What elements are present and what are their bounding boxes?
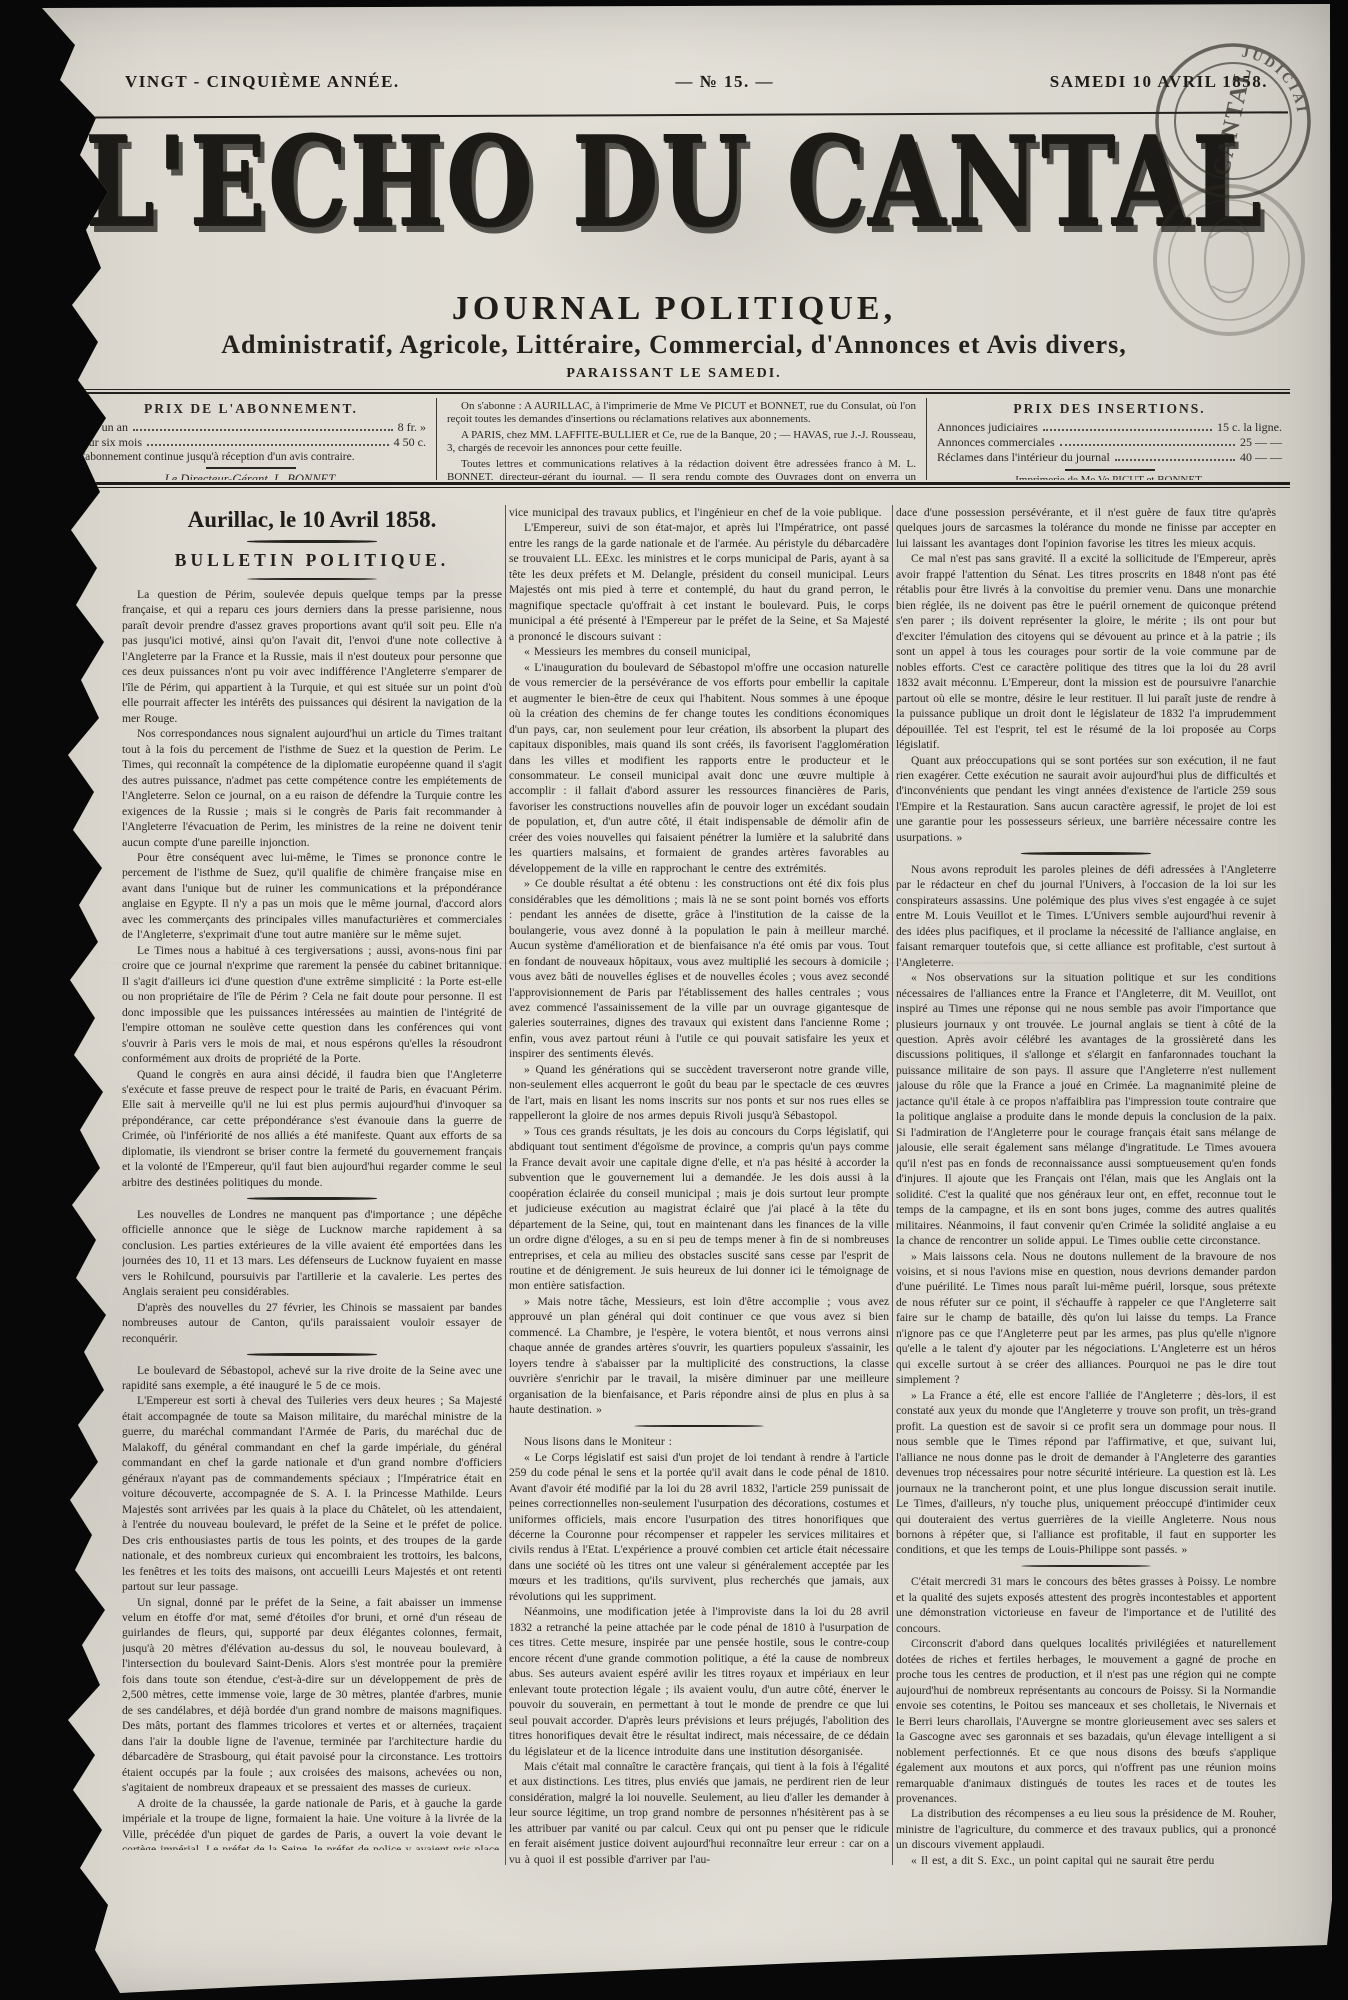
subscription-title: PRIX DE L'ABONNEMENT. xyxy=(76,401,426,417)
dot-leader xyxy=(147,444,389,446)
paragraph: Mais c'était mal connaître le caractère … xyxy=(509,1759,889,1867)
newspaper-page: VINGT - CINQUIÈME ANNÉE. — № 15. — SAMED… xyxy=(0,0,1348,2000)
rate-value: 8 fr. » xyxy=(398,420,426,435)
paragraph: » Ce double résultat a été obtenu : les … xyxy=(509,876,889,1062)
office-paragraph: A PARIS, chez MM. LAFFITE-BULLIER et Ce,… xyxy=(447,429,916,456)
paragraph: Les nouvelles de Londres ne manquent pas… xyxy=(122,1207,502,1300)
column-rule xyxy=(505,505,506,1865)
paragraph: Le boulevard de Sébastopol, achevé sur l… xyxy=(122,1363,502,1394)
separator-rule xyxy=(247,578,377,581)
paragraph: Néanmoins, une modification jetée à l'im… xyxy=(509,1604,889,1759)
rate-value: 4 50 c. xyxy=(394,435,426,450)
stamp-center-text: CANTAL xyxy=(1209,64,1258,179)
offices-box: On s'abonne : A AURILLAC, à l'imprimerie… xyxy=(439,398,924,480)
mini-rule xyxy=(1065,469,1155,471)
header-row: VINGT - CINQUIÈME ANNÉE. — № 15. — SAMED… xyxy=(125,72,1268,92)
vertical-separator xyxy=(926,398,927,480)
rate-line: Pour un an8 fr. » xyxy=(76,420,426,435)
subscription-note: L'abonnement continue jusqu'à réception … xyxy=(76,451,426,463)
rate-label: Réclames dans l'intérieur du journal xyxy=(937,450,1110,465)
edition-year: VINGT - CINQUIÈME ANNÉE. xyxy=(125,72,400,92)
embossed-stamp-icon xyxy=(1140,178,1318,343)
paragraph: » Quand les générations qui se succèdent… xyxy=(509,1062,889,1124)
paragraph: Quand le congrès en aura ainsi décidé, i… xyxy=(122,1067,502,1191)
article-columns: Aurillac, le 10 Avril 1858.BULLETIN POLI… xyxy=(122,505,1284,1965)
separator-rule xyxy=(1021,852,1151,855)
paragraph: A droite de la chaussée, la garde nation… xyxy=(122,1796,502,1850)
scan-background: { "masthead": { "annee": "VINGT - CINQUI… xyxy=(0,0,1348,2000)
rate-label: Pour six mois xyxy=(76,435,142,450)
paragraph: Un signal, donné par le préfet de la Sei… xyxy=(122,1595,502,1796)
paragraph: » Mais notre tâche, Messieurs, est loin … xyxy=(509,1294,889,1418)
rate-value: 40 — — xyxy=(1240,450,1282,465)
subtitle-parution: PARAISSANT LE SAMEDI. xyxy=(0,366,1348,382)
paragraph: » Mais laissons cela. Nous ne doutons nu… xyxy=(896,1249,1276,1388)
column-3: dace d'une possession persévérante, et i… xyxy=(896,505,1276,1870)
insertion-rates: Annonces judiciaires15 c. la ligne.Annon… xyxy=(937,420,1282,465)
double-rule-top xyxy=(68,389,1290,394)
paragraph: Nous lisons dans le Moniteur : xyxy=(509,1434,889,1449)
rate-line: Pour six mois4 50 c. xyxy=(76,435,426,450)
paragraph: Ce mal n'est pas sans gravité. Il a exci… xyxy=(896,551,1276,752)
paragraph: Nous avons reproduit les paroles pleines… xyxy=(896,862,1276,970)
paragraph: Circonscrit d'abord dans quelques locali… xyxy=(896,1636,1276,1806)
mini-rule xyxy=(206,467,296,469)
paragraph: » La France a été, elle est encore l'all… xyxy=(896,1388,1276,1558)
section-heading: BULLETIN POLITIQUE. xyxy=(122,550,502,571)
vertical-separator xyxy=(436,398,437,480)
printer-credit: Imprimerie de Me Ve PICUT et BONNET. xyxy=(937,474,1282,481)
paragraph: Le Times nous a habitué à ces tergiversa… xyxy=(122,943,502,1067)
paragraph: C'était mercredi 31 mars le concours des… xyxy=(896,1574,1276,1636)
paragraph-continuation: dace d'une possession persévérante, et i… xyxy=(896,505,1276,551)
issue-number: — № 15. — xyxy=(675,72,774,92)
separator-rule xyxy=(1021,1565,1151,1568)
paragraph: Pour être conséquent avec lui-même, le T… xyxy=(122,850,502,943)
dot-leader xyxy=(133,429,393,431)
paragraph: Nos correspondances nous signalent aujou… xyxy=(122,726,502,850)
rate-label: Annonces commerciales xyxy=(937,435,1055,450)
dot-leader xyxy=(1043,429,1212,431)
insertions-title: PRIX DES INSERTIONS. xyxy=(937,401,1282,417)
paragraph: « L'inauguration du boulevard de Sébasto… xyxy=(509,660,889,877)
separator-rule xyxy=(634,1425,764,1428)
director-signature: Le Directeur-Gérant, L. BONNET. xyxy=(76,472,426,481)
insertion-prices-box: PRIX DES INSERTIONS. Annonces judiciaire… xyxy=(929,398,1290,480)
paragraph-continuation: vice municipal des travaux publics, et l… xyxy=(509,505,889,520)
paragraph: L'Empereur, suivi de son état-major, et … xyxy=(509,520,889,644)
column-2: vice municipal des travaux publics, et l… xyxy=(509,505,889,1870)
rate-line: Réclames dans l'intérieur du journal40 —… xyxy=(937,450,1282,465)
paragraph: « Il est, a dit S. Exc., un point capita… xyxy=(896,1853,1276,1868)
rate-label: Pour un an xyxy=(76,420,128,435)
subscription-rates: Pour un an8 fr. »Pour six mois4 50 c. xyxy=(76,420,426,450)
rate-value: 15 c. la ligne. xyxy=(1217,420,1282,435)
paragraph: La distribution des récompenses a eu lie… xyxy=(896,1806,1276,1852)
rate-value: 25 — — xyxy=(1240,435,1282,450)
office-paragraph: On s'abonne : A AURILLAC, à l'imprimerie… xyxy=(447,400,916,427)
paragraph: » Tous ces grands résultats, je les dois… xyxy=(509,1124,889,1294)
info-strip: PRIX DE L'ABONNEMENT. Pour un an8 fr. »P… xyxy=(68,398,1290,480)
paragraph: « Nos observations sur la situation poli… xyxy=(896,970,1276,1248)
paragraph: « Messieurs les membres du conseil munic… xyxy=(509,644,889,659)
dateline-heading: Aurillac, le 10 Avril 1858. xyxy=(122,507,502,533)
rate-line: Annonces judiciaires15 c. la ligne. xyxy=(937,420,1282,435)
subscription-box: PRIX DE L'ABONNEMENT. Pour un an8 fr. »P… xyxy=(68,398,434,480)
double-rule-bottom xyxy=(68,482,1290,488)
paragraph: « Le Corps législatif est saisi d'un pro… xyxy=(509,1450,889,1605)
dot-leader xyxy=(1060,444,1235,446)
office-paragraph: Toutes lettres et communications relativ… xyxy=(447,458,916,480)
paragraph: L'Empereur est sorti à cheval des Tuiler… xyxy=(122,1393,502,1594)
separator-rule xyxy=(247,540,377,543)
rate-line: Annonces commerciales25 — — xyxy=(937,435,1282,450)
column-rule xyxy=(892,505,893,1865)
separator-rule xyxy=(247,1353,377,1356)
paragraph: D'après des nouvelles du 27 février, les… xyxy=(122,1300,502,1346)
paragraph: Quant aux préoccupations qui se sont por… xyxy=(896,753,1276,846)
paragraph: La question de Périm, soulevée depuis qu… xyxy=(122,587,502,726)
column-1: Aurillac, le 10 Avril 1858.BULLETIN POLI… xyxy=(122,505,502,1850)
rate-label: Annonces judiciaires xyxy=(937,420,1038,435)
separator-rule xyxy=(247,1197,377,1200)
dot-leader xyxy=(1115,459,1235,461)
